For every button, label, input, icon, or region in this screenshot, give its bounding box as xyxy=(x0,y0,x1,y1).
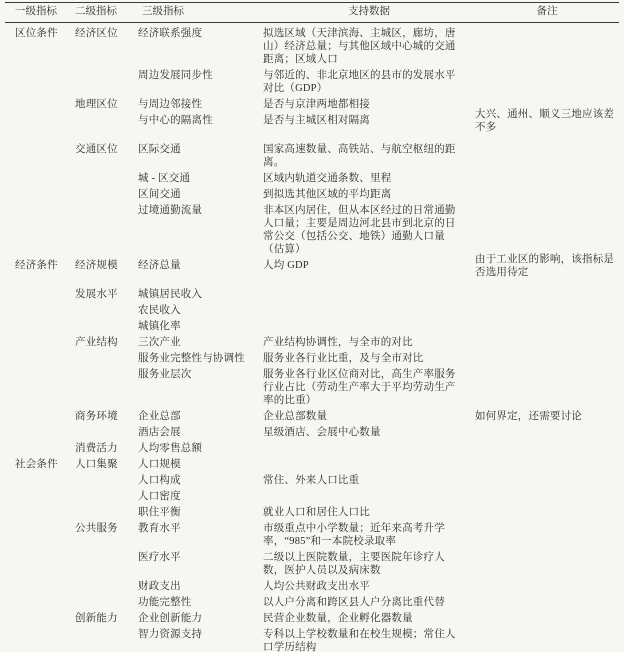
table-header-row: 一级指标 二级指标 三级指标 支持数据 备注 xyxy=(5,3,619,23)
cell-level3-indicator: 经济总量 xyxy=(138,259,263,272)
table-row: 产业结构三次产业产业结构协调性，与全市的对比 xyxy=(5,335,619,351)
cell-supporting-data: 与邻近的、非北京地区的县市的发展水平对比（GDP） xyxy=(263,69,475,95)
table-row: 社会条件人口集聚人口规模 xyxy=(5,457,619,473)
cell-supporting-data: 民营企业数量，企业孵化器数量 xyxy=(263,612,475,625)
table-row: 交通区位区际交通国家高速数量、高铁站、与航空枢纽的距离。 xyxy=(5,142,619,171)
cell-supporting-data: 就业人口和居住人口比 xyxy=(263,506,475,519)
table-row: 城 - 区交通区域内轨道交通条数、里程 xyxy=(5,171,619,187)
cell-level1-indicator: 社会条件 xyxy=(5,458,75,471)
cell-level3-indicator: 三次产业 xyxy=(138,336,263,349)
table-row: 发展水平城镇居民收入 xyxy=(5,287,619,303)
header-level3-indicator: 三级指标 xyxy=(138,6,263,18)
cell-supporting-data: 国家高速数量、高铁站、与航空枢纽的距离。 xyxy=(263,143,475,169)
table-row: 人口构成常住、外来人口比重 xyxy=(5,473,619,489)
scanned-table-page: 一级指标 二级指标 三级指标 支持数据 备注 区位条件经济区位经济联系强度拟选区… xyxy=(0,0,624,652)
table-row: 农民收入 xyxy=(5,303,619,319)
table-row: 财政支出人均公共财政支出水平 xyxy=(5,579,619,595)
cell-level2-indicator: 人口集聚 xyxy=(75,458,138,471)
table-row: 城镇化率 xyxy=(5,319,619,335)
table-row: 服务业层次服务业各行业区位商对比，高生产率服务行业占比（劳动生产率大于平均劳动生… xyxy=(5,367,619,409)
cell-level3-indicator: 职住平衡 xyxy=(138,506,263,519)
cell-remark: 大兴、通州、顺义三地应该差不多 xyxy=(475,108,619,134)
cell-level2-indicator: 经济区位 xyxy=(75,27,138,40)
cell-level3-indicator: 服务业层次 xyxy=(138,368,263,381)
cell-supporting-data: 到拟选其他区域的平均距离 xyxy=(263,188,475,201)
table-row: 公共服务教育水平市级重点中小学数量；近年来高考升学率，“985”和一本院校录取率 xyxy=(5,521,619,550)
cell-supporting-data: 是否与主城区相对隔离 xyxy=(263,114,475,127)
cell-level2-indicator: 交通区位 xyxy=(75,143,138,156)
cell-level3-indicator: 财政支出 xyxy=(138,580,263,593)
cell-level1-indicator: 区位条件 xyxy=(5,27,75,40)
cell-level3-indicator: 城镇化率 xyxy=(138,320,263,333)
cell-supporting-data: 服务业各行业比重，及与全市对比 xyxy=(263,352,475,365)
cell-level2-indicator: 经济规模 xyxy=(75,259,138,272)
table-row: 创新能力企业创新能力民营企业数量，企业孵化器数量 xyxy=(5,611,619,627)
cell-supporting-data: 以人户分离和跨区县人户分离比重代替 xyxy=(263,596,475,609)
cell-level2-indicator: 公共服务 xyxy=(75,522,138,535)
cell-level1-indicator: 经济条件 xyxy=(5,259,75,272)
header-remarks: 备注 xyxy=(475,6,619,18)
table-row: 酒店会展星级酒店、会展中心数量 xyxy=(5,425,619,441)
cell-level3-indicator: 经济联系强度 xyxy=(138,27,263,40)
cell-supporting-data: 人均 GDP xyxy=(263,259,475,272)
cell-level2-indicator: 产业结构 xyxy=(75,336,138,349)
cell-supporting-data: 市级重点中小学数量；近年来高考升学率，“985”和一本院校录取率 xyxy=(263,522,475,548)
cell-level3-indicator: 与周边邻接性 xyxy=(138,98,263,111)
table-row: 医疗水平二级以上医院数量，主要医院年诊疗人数，医护人员以及病床数 xyxy=(5,550,619,579)
cell-level3-indicator: 人口规模 xyxy=(138,458,263,471)
cell-supporting-data: 专科以上学校数量和在校生规模；常住人口学历结构 xyxy=(263,628,475,652)
cell-level2-indicator: 消费活力 xyxy=(75,442,138,455)
cell-supporting-data: 服务业各行业区位商对比，高生产率服务行业占比（劳动生产率大于平均劳动生产率的比重… xyxy=(263,368,475,407)
cell-supporting-data: 区域内轨道交通条数、里程 xyxy=(263,172,475,185)
table-row: 功能完整性以人户分离和跨区县人户分离比重代替 xyxy=(5,595,619,611)
cell-level3-indicator: 区间交通 xyxy=(138,188,263,201)
table-row: 消费活力人均零售总额 xyxy=(5,441,619,457)
cell-level3-indicator: 人口构成 xyxy=(138,474,263,487)
table-row: 经济条件经济规模经济总量人均 GDP由于工业区的影响，该指标是否选用待定 xyxy=(5,258,619,287)
table-row: 职住平衡就业人口和居住人口比 xyxy=(5,505,619,521)
cell-level3-indicator: 人均零售总额 xyxy=(138,442,263,455)
header-supporting-data: 支持数据 xyxy=(263,6,475,18)
cell-level3-indicator: 企业总部 xyxy=(138,410,263,423)
table-row: 与中心的隔离性是否与主城区相对隔离大兴、通州、顺义三地应该差不多 xyxy=(5,113,619,142)
cell-remark: 由于工业区的影响，该指标是否选用待定 xyxy=(475,253,619,279)
cell-level3-indicator: 周边发展同步性 xyxy=(138,69,263,82)
indicator-table: 一级指标 二级指标 三级指标 支持数据 备注 区位条件经济区位经济联系强度拟选区… xyxy=(5,2,619,652)
table-row: 过境通勤流量非本区内居住，但从本区经过的日常通勤人口量；主要是周边河北县市到北京… xyxy=(5,203,619,258)
cell-supporting-data: 非本区内居住，但从本区经过的日常通勤人口量；主要是周边河北县市到北京的日常公交（… xyxy=(263,204,475,256)
cell-level3-indicator: 区际交通 xyxy=(138,143,263,156)
header-level2-indicator: 二级指标 xyxy=(75,6,138,18)
table-row: 商务环境企业总部企业总部数量如何界定，还需要讨论 xyxy=(5,409,619,425)
cell-level2-indicator: 商务环境 xyxy=(75,410,138,423)
cell-supporting-data: 人均公共财政支出水平 xyxy=(263,580,475,593)
table-row: 智力资源支持专科以上学校数量和在校生规模；常住人口学历结构 xyxy=(5,627,619,652)
cell-level3-indicator: 医疗水平 xyxy=(138,551,263,564)
table-row: 区间交通到拟选其他区域的平均距离 xyxy=(5,187,619,203)
cell-level3-indicator: 过境通勤流量 xyxy=(138,204,263,217)
cell-remark: 如何界定，还需要讨论 xyxy=(475,410,619,423)
cell-level3-indicator: 农民收入 xyxy=(138,304,263,317)
cell-level3-indicator: 教育水平 xyxy=(138,522,263,535)
cell-supporting-data: 星级酒店、会展中心数量 xyxy=(263,426,475,439)
cell-level3-indicator: 酒店会展 xyxy=(138,426,263,439)
table-row: 区位条件经济区位经济联系强度拟选区域（天津滨海、主城区，廊坊，唐山）经济总量；与… xyxy=(5,26,619,68)
cell-level3-indicator: 服务业完整性与协调性 xyxy=(138,352,263,365)
table-row: 服务业完整性与协调性服务业各行业比重，及与全市对比 xyxy=(5,351,619,367)
cell-supporting-data: 企业总部数量 xyxy=(263,410,475,423)
cell-level3-indicator: 功能完整性 xyxy=(138,596,263,609)
cell-supporting-data: 产业结构协调性，与全市的对比 xyxy=(263,336,475,349)
cell-supporting-data: 是否与京津两地都相接 xyxy=(263,98,475,111)
table-row: 周边发展同步性与邻近的、非北京地区的县市的发展水平对比（GDP） xyxy=(5,68,619,97)
cell-level3-indicator: 企业创新能力 xyxy=(138,612,263,625)
cell-level3-indicator: 人口密度 xyxy=(138,490,263,503)
cell-level2-indicator: 发展水平 xyxy=(75,288,138,301)
cell-supporting-data: 二级以上医院数量，主要医院年诊疗人数，医护人员以及病床数 xyxy=(263,551,475,577)
cell-level3-indicator: 智力资源支持 xyxy=(138,628,263,641)
cell-level3-indicator: 城镇居民收入 xyxy=(138,288,263,301)
cell-level2-indicator: 创新能力 xyxy=(75,612,138,625)
header-level1-indicator: 一级指标 xyxy=(5,6,75,18)
cell-level3-indicator: 与中心的隔离性 xyxy=(138,114,263,127)
table-row: 人口密度 xyxy=(5,489,619,505)
cell-level3-indicator: 城 - 区交通 xyxy=(138,172,263,185)
cell-level2-indicator: 地理区位 xyxy=(75,98,138,111)
cell-supporting-data: 拟选区域（天津滨海、主城区，廊坊，唐山）经济总量；与其他区域中心城的交通距离；区… xyxy=(263,27,475,66)
table-body: 区位条件经济区位经济联系强度拟选区域（天津滨海、主城区，廊坊，唐山）经济总量；与… xyxy=(5,23,619,652)
cell-supporting-data: 常住、外来人口比重 xyxy=(263,474,475,487)
